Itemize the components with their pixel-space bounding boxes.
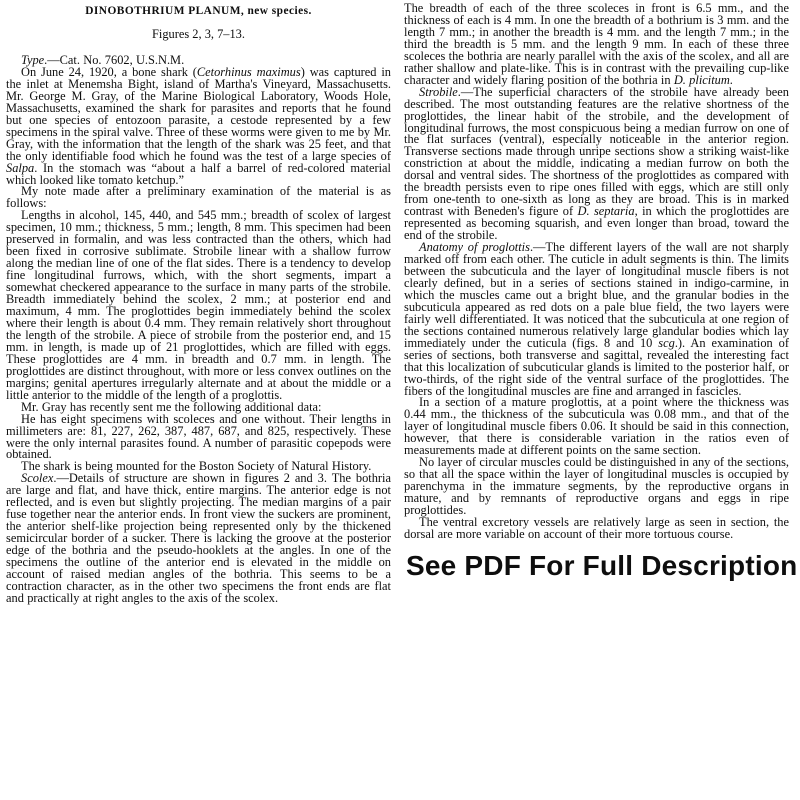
paragraph: Lengths in alcohol, 145, 440, and 545 mm…: [6, 210, 391, 401]
paragraph: In a section of a mature proglottis, at …: [404, 397, 789, 457]
paragraph: No layer of circular muscles could be di…: [404, 457, 789, 517]
species-heading: DINOBOTHRIUM PLANUM, new species.: [6, 5, 391, 17]
paragraph: He has eight specimens with scoleces and…: [6, 414, 391, 462]
paragraph: Strobile.—The superficial characters of …: [404, 87, 789, 242]
text-run: .—The superficial characters of the stro…: [404, 85, 789, 219]
paragraph: My note made after a preliminary examina…: [6, 186, 391, 210]
paragraph: The ventral excretory vessels are relati…: [404, 517, 789, 541]
right-column: The breadth of each of the three scolece…: [404, 3, 789, 800]
text-run: Lengths in alcohol, 145, 440, and 545 mm…: [6, 208, 391, 401]
paragraph: On June 24, 1920, a bone shark (Cetorhin…: [6, 67, 391, 187]
left-column: DINOBOTHRIUM PLANUM, new species.Figures…: [6, 3, 391, 800]
see-pdf-note: See PDF For Full Description: [404, 550, 789, 582]
text-run: He has eight specimens with scoleces and…: [6, 412, 391, 462]
text-run: ) was captured in the inlet at Menemsha …: [6, 65, 391, 163]
text-run: . In the stomach was “about a half a bar…: [6, 161, 391, 187]
text-run: In a section of a mature proglottis, at …: [404, 395, 789, 457]
figures-caption: Figures 2, 3, 7–13.: [6, 27, 391, 42]
paragraph: Anatomy of proglottis.—The different lay…: [404, 242, 789, 397]
text-run: The ventral excretory vessels are relati…: [404, 515, 789, 541]
text-run: No layer of circular muscles could be di…: [404, 455, 789, 517]
paragraph: Scolex.—Details of structure are shown i…: [6, 473, 391, 604]
text-run: My note made after a preliminary examina…: [6, 184, 391, 210]
text-run: .—Details of structure are shown in figu…: [6, 471, 391, 605]
document-page: DINOBOTHRIUM PLANUM, new species.Figures…: [0, 0, 800, 800]
paragraph: The breadth of each of the three scolece…: [404, 3, 789, 87]
text-run: .—The different layers of the wall are n…: [404, 240, 789, 350]
